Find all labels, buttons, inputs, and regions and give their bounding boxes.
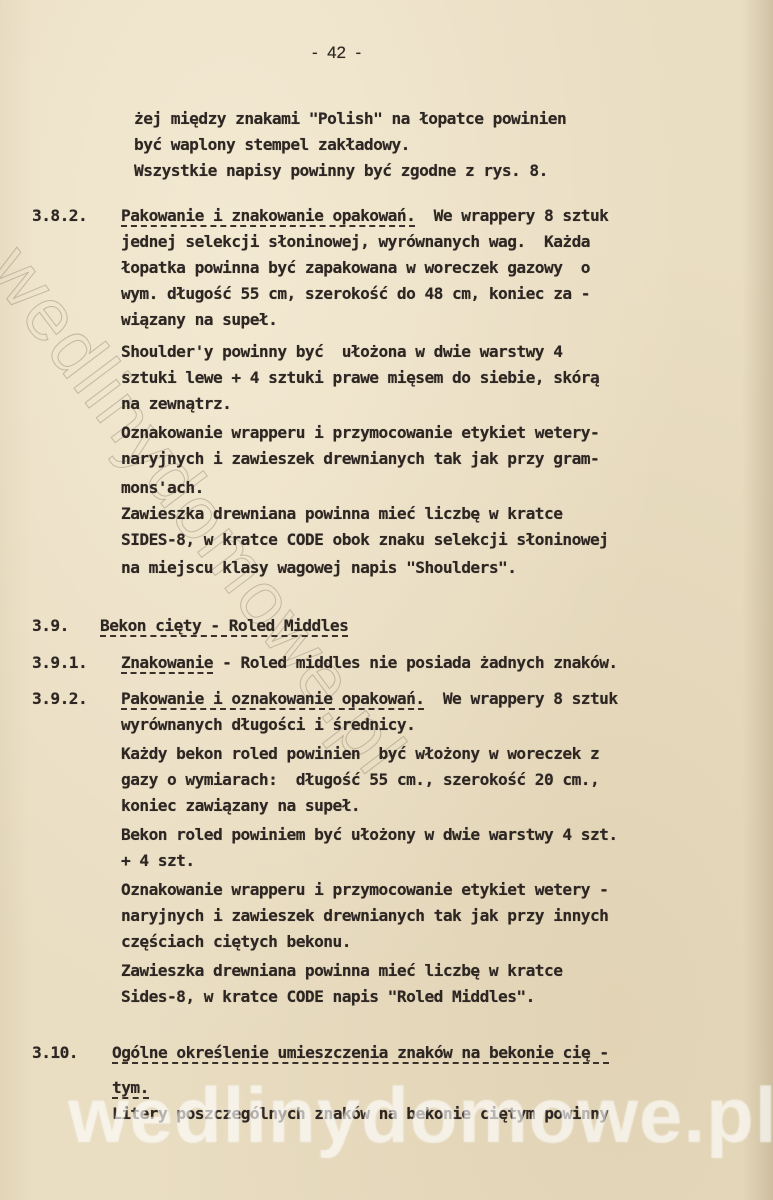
section-number: 3.9.2. <box>32 686 87 712</box>
text-line: wiązany na supeł. <box>121 307 277 333</box>
text-line: Oznakowanie wrapperu i przymocowanie ety… <box>121 877 608 903</box>
section-number: 3.10. <box>32 1040 78 1066</box>
text-fragment: We wrappery 8 sztuk <box>424 689 617 708</box>
text-line: Sides-8, w kratce CODE napis "Roled Midd… <box>121 984 535 1010</box>
document-page: wedlinydomowe.pl - 42 - żej między znaka… <box>0 0 773 1200</box>
text-line: żej między znakami "Polish" na łopatce p… <box>134 106 566 132</box>
text-line: Każdy bekon roled powinien być włożony w… <box>121 741 599 767</box>
section-heading-line: Pakowanie i oznakowanie opakowań. We wra… <box>121 686 618 712</box>
text-line: Shoulder'y powinny być ułożona w dwie wa… <box>121 339 562 365</box>
text-line: Zawieszka drewniana powinna mieć liczbę … <box>121 958 562 984</box>
text-line: być waplony stempel zakładowy. <box>134 132 410 158</box>
text-line: wyrównanych długości i średnicy. <box>121 712 415 738</box>
section-number: 3.9.1. <box>32 650 87 676</box>
text-line: mons'ach. <box>121 475 204 501</box>
text-line: naryjnych i zawieszek drewnianych tak ja… <box>121 903 608 929</box>
text-line: naryjnych i zawieszek drewnianych tak ja… <box>121 446 599 472</box>
section-heading-line: Pakowanie i znakowanie opakowań. We wrap… <box>121 203 608 229</box>
section-heading: Pakowanie i znakowanie opakowań. <box>121 206 415 227</box>
section-heading-line: Bekon cięty - Roled Middles <box>100 613 348 639</box>
text-line: Oznakowanie wrapperu i przymocowanie ety… <box>121 420 599 446</box>
text-line: Zawieszka drewniana powinna mieć liczbę … <box>121 501 562 527</box>
text-line: na miejscu klasy wagowej napis "Shoulder… <box>121 555 516 581</box>
section-heading-line: Znakowanie - Roled middles nie posiada ż… <box>121 650 618 676</box>
text-fragment: - Roled middles nie posiada żadnych znak… <box>213 653 618 672</box>
section-heading: tym. <box>112 1078 149 1099</box>
text-line: wym. długość 55 cm, szerokość do 48 cm, … <box>121 281 590 307</box>
section-heading: Ogólne określenie umieszczenia znaków na… <box>112 1043 609 1064</box>
section-number: 3.9. <box>32 613 69 639</box>
text-line: + 4 szt. <box>121 848 195 874</box>
text-line: koniec zawiązany na supeł. <box>121 793 360 819</box>
text-line: łopatka powinna być zapakowana w worecze… <box>121 255 590 281</box>
section-heading-line: tym. <box>112 1075 149 1101</box>
text-line: jednej selekcji słoninowej, wyrównanych … <box>121 229 590 255</box>
text-line: gazy o wymiarach: długość 55 cm., szerok… <box>121 767 599 793</box>
section-number: 3.8.2. <box>32 203 87 229</box>
section-heading-line: Ogólne określenie umieszczenia znaków na… <box>112 1040 609 1066</box>
text-fragment: We wrappery 8 sztuk <box>415 206 608 225</box>
text-line: sztuki lewe + 4 sztuki prawe mięsem do s… <box>121 365 599 391</box>
section-heading: Bekon cięty - Roled Middles <box>100 616 348 637</box>
text-line: Litery poszczególnych znaków na bekonie … <box>112 1101 609 1127</box>
text-line: Bekon roled powiniem być ułożony w dwie … <box>121 822 618 848</box>
section-heading: Pakowanie i oznakowanie opakowań. <box>121 689 424 710</box>
text-line: na zewnątrz. <box>121 391 231 417</box>
text-line: częściach ciętych bekonu. <box>121 929 351 955</box>
text-line: SIDES-8, w kratce CODE obok znaku selekc… <box>121 527 608 553</box>
section-heading: Znakowanie <box>121 653 213 674</box>
page-number: - 42 - <box>312 40 361 66</box>
text-line: Wszystkie napisy powinny być zgodne z ry… <box>134 158 548 184</box>
